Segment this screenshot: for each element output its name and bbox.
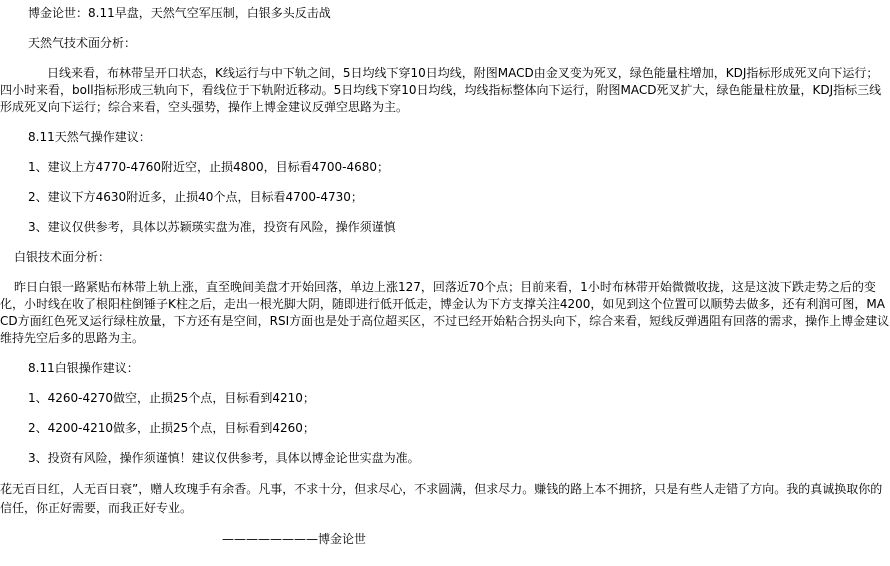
silver-advice-item-1: 1、4260-4270做空，止损25个点，目标看到4210； xyxy=(0,390,890,407)
gas-advice-item-2: 2、建议下方4630附近多，止损40个点，目标看4700-4730； xyxy=(0,189,890,206)
gas-advice-item-1: 1、建议上方4770-4760附近空，止损4800，目标看4700-4680； xyxy=(0,159,890,176)
article-page: 博金论世：8.11早盘，天然气空军压制，白银多头反击战 天然气技术面分析： 日线… xyxy=(0,0,890,566)
article-title: 博金论世：8.11早盘，天然气空军压制，白银多头反击战 xyxy=(0,5,890,22)
gas-analysis-heading: 天然气技术面分析： xyxy=(0,35,890,52)
silver-advice-item-3: 3、投资有风险，操作须谨慎！建议仅供参考，具体以博金论世实盘为准。 xyxy=(0,450,890,467)
gas-analysis-paragraph: 日线来看，布林带呈开口状态，K线运行与中下轨之间，5日均线下穿10日均线，附图M… xyxy=(0,65,890,116)
gas-advice-heading: 8.11天然气操作建议： xyxy=(0,129,890,146)
silver-analysis-heading: 白银技术面分析： xyxy=(0,249,890,266)
footer-quote: 花无百日红，人无百日衰”，赠人玫瑰手有余香。凡事，不求十分，但求尽心，不求圆满，… xyxy=(0,480,890,518)
silver-advice-heading: 8.11白银操作建议： xyxy=(0,360,890,377)
silver-analysis-paragraph: 昨日白银一路紧贴布林带上轨上涨，直至晚间美盘才开始回落，单边上涨127，回落近7… xyxy=(0,279,890,347)
silver-advice-item-2: 2、4200-4210做多，止损25个点，目标看到4260； xyxy=(0,420,890,437)
footer-signature: ————————博金论世 xyxy=(0,531,890,548)
gas-advice-item-3: 3、建议仅供参考，具体以苏颖瑛实盘为准，投资有风险，操作须谨慎 xyxy=(0,219,890,236)
